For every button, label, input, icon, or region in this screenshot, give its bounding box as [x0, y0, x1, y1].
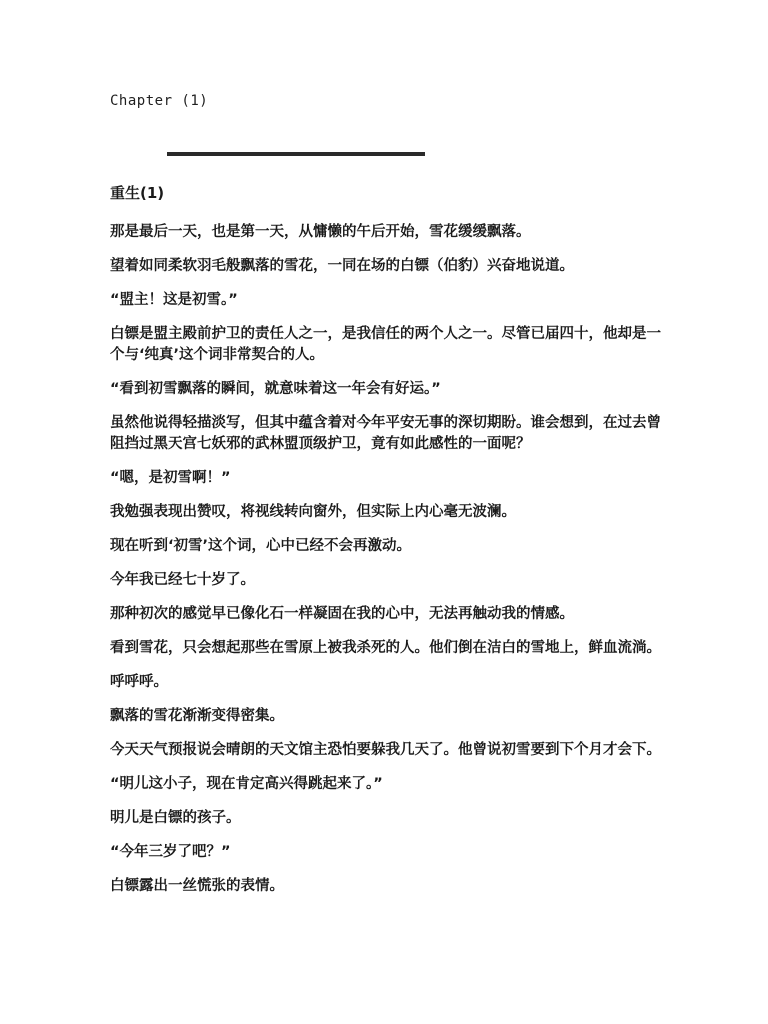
paragraph: 现在听到‘初雪’这个词，心中已经不会再激动。: [110, 536, 662, 557]
paragraph: 明儿是白镖的孩子。: [110, 808, 662, 829]
paragraph: 今年我已经七十岁了。: [110, 570, 662, 591]
paragraph-dialogue: “明儿这小子，现在肯定高兴得跳起来了。”: [110, 774, 662, 795]
document-page: Chapter (1) 重生(1) 那是最后一天，也是第一天，从慵懒的午后开始，…: [0, 0, 768, 1024]
paragraph: 我勉强表现出赞叹，将视线转向窗外，但实际上内心毫无波澜。: [110, 502, 662, 523]
paragraph-dialogue: “嗯，是初雪啊！”: [110, 468, 662, 489]
document-content: Chapter (1) 重生(1) 那是最后一天，也是第一天，从慵懒的午后开始，…: [110, 0, 662, 897]
paragraph-dialogue: “今年三岁了吧？”: [110, 842, 662, 863]
paragraph: 那是最后一天，也是第一天，从慵懒的午后开始，雪花缓缓飘落。: [110, 222, 662, 243]
paragraph: 飘落的雪花渐渐变得密集。: [110, 706, 662, 727]
paragraph: 那种初次的感觉早已像化石一样凝固在我的心中，无法再触动我的情感。: [110, 604, 662, 625]
paragraph: 望着如同柔软羽毛般飘落的雪花，一同在场的白镖（伯豹）兴奋地说道。: [110, 256, 662, 277]
paragraph: 白镖露出一丝慌张的表情。: [110, 876, 662, 897]
chapter-label: Chapter (1): [110, 94, 662, 109]
paragraph: 白镖是盟主殿前护卫的责任人之一，是我信任的两个人之一。尽管已届四十，他却是一个与…: [110, 324, 662, 366]
section-title: 重生(1): [110, 186, 662, 201]
paragraph-list: 那是最后一天，也是第一天，从慵懒的午后开始，雪花缓缓飘落。 望着如同柔软羽毛般飘…: [110, 222, 662, 897]
paragraph: 呼呼呼。: [110, 672, 662, 693]
paragraph: 今天天气预报说会晴朗的天文馆主恐怕要躲我几天了。他曾说初雪要到下个月才会下。: [110, 740, 662, 761]
paragraph: 看到雪花，只会想起那些在雪原上被我杀死的人。他们倒在洁白的雪地上，鲜血流淌。: [110, 638, 662, 659]
paragraph-dialogue: “看到初雪飘落的瞬间，就意味着这一年会有好运。”: [110, 379, 662, 400]
paragraph: 虽然他说得轻描淡写，但其中蕴含着对今年平安无事的深切期盼。谁会想到，在过去曾阻挡…: [110, 413, 662, 455]
section-separator: [167, 152, 425, 156]
paragraph-dialogue: “盟主！这是初雪。”: [110, 290, 662, 311]
